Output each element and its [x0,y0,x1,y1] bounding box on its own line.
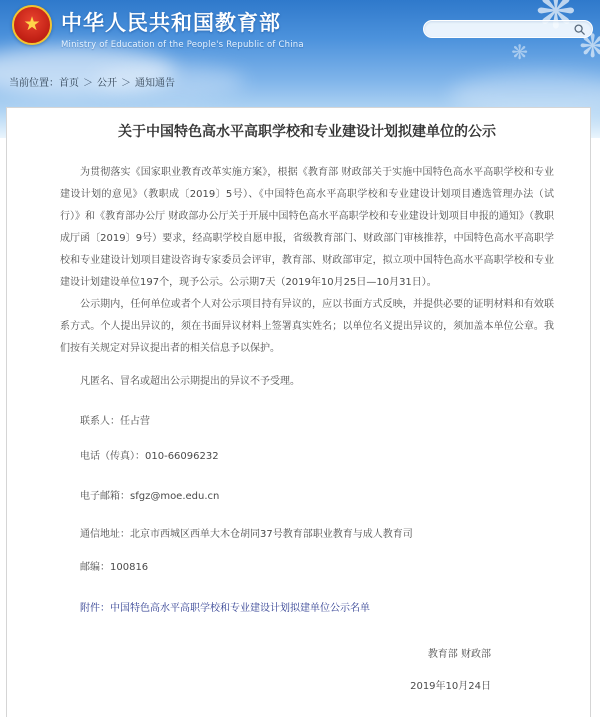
signature-block: 教育部 财政部 2019年10月24日 [60,644,554,698]
search-box[interactable] [423,20,593,38]
postcode-line: 邮编：100816 [60,557,554,579]
breadcrumb-separator: ＞ [83,78,93,89]
phone-line: 电话（传真）：010-66096232 [60,446,554,468]
issuing-authorities: 教育部 财政部 [60,644,491,666]
address-line: 通信地址：北京市西城区西单大木仓胡同37号教育部职业教育与成人教育司 [60,524,554,546]
breadcrumb-notices[interactable]: 通知通告 [135,78,175,89]
breadcrumb: 当前位置：首页＞公开＞通知通告 [9,74,175,89]
search-icon[interactable] [574,24,585,35]
breadcrumb-home[interactable]: 首页 [59,78,79,89]
attachment-link[interactable]: 中国特色高水平高职学校和专业建设计划拟建单位公示名单 [110,603,370,614]
breadcrumb-separator: ＞ [121,78,131,89]
dandelion-icon: ❋ [511,42,528,62]
brand-text: 中华人民共和国教育部 Ministry of Education of the … [61,5,304,50]
attachment-line: 附件：中国特色高水平高职学校和专业建设计划拟建单位公示名单 [60,598,554,620]
breadcrumb-public[interactable]: 公开 [97,78,117,89]
breadcrumb-label: 当前位置： [9,78,59,89]
star-icon: ★ [23,15,40,34]
paragraph-intro: 为贯彻落实《国家职业教育改革实施方案》，根据《教育部 财政部关于实施中国特色高水… [60,162,554,294]
attachment-label: 附件： [80,603,110,614]
page: ❋ ❋ ❋ ★ 中华人民共和国教育部 Ministry of Education… [0,0,600,717]
site-title: 中华人民共和国教育部 [61,7,304,37]
national-emblem-icon: ★ [12,5,52,45]
contact-person-line: 联系人：任占营 [60,411,554,433]
issue-date: 2019年10月24日 [60,676,491,698]
paragraph-objection-rules: 公示期内，任何单位或者个人对公示项目持有异议的，应以书面方式反映，并提供必要的证… [60,294,554,360]
search-input[interactable] [424,21,574,37]
article-title: 关于中国特色高水平高职学校和专业建设计划拟建单位的公示 [60,122,554,142]
email-line: 电子邮箱：sfgz@moe.edu.cn [60,486,554,508]
article-card: 关于中国特色高水平高职学校和专业建设计划拟建单位的公示 为贯彻落实《国家职业教育… [6,107,591,717]
site-brand: ★ 中华人民共和国教育部 Ministry of Education of th… [12,5,304,50]
site-subtitle: Ministry of Education of the People's Re… [61,40,304,50]
paragraph-anonymous-note: 凡匿名、冒名或超出公示期提出的异议不予受理。 [60,371,554,393]
